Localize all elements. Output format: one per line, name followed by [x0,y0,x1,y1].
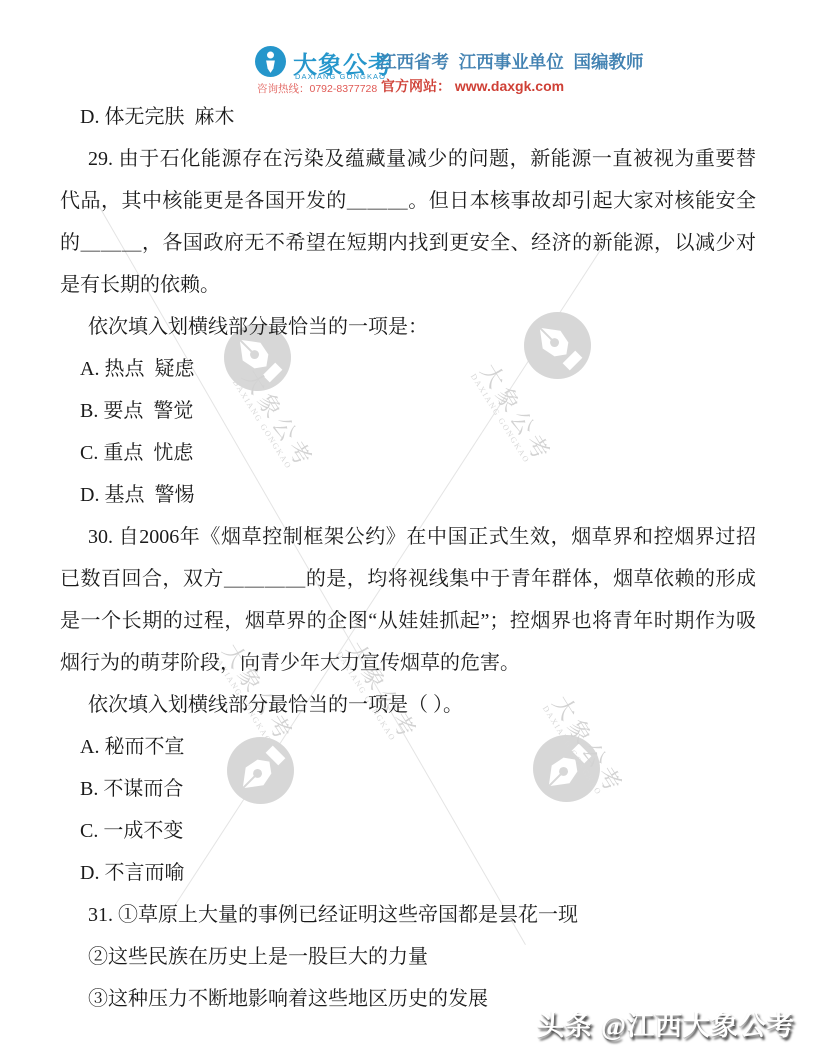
brand-name-en: DAXIANG GONGKAO [295,72,386,81]
question-prompt: 依次填入划横线部分最恰当的一项是： [60,306,756,348]
option-item: D. 不言而喻 [60,852,756,894]
question-paragraph: 31. ①草原上大量的事例已经证明这些帝国都是昙花一现 [60,894,756,936]
question-paragraph: 29. 由于石化能源存在污染及蕴藏量减少的问题，新能源一直被视为重要替代品，其中… [60,138,756,306]
tagline-text: 江西省考 江西事业单位 国编教师 [379,49,643,74]
brand-logo-icon [255,46,286,77]
question-paragraph: 30. 自2006年《烟草控制框架公约》在中国正式生效，烟草界和控烟界过招已数百… [60,516,756,684]
question-paragraph: ②这些民族在历史上是一股巨大的力量 [60,936,756,978]
exam-content: D. 体无完肤 麻木 29. 由于石化能源存在污染及蕴藏量减少的问题，新能源一直… [60,96,756,1020]
option-item: C. 重点 忧虑 [60,432,756,474]
toutiao-credit-watermark: 头条 @江西大象公考 [537,1004,795,1043]
website-text: 官方网站： www.daxgk.com [381,76,564,96]
option-item: C. 一成不变 [60,810,756,852]
option-item: D. 基点 警惕 [60,474,756,516]
exam-page: 大象公考 DAXIANG GONGKAO 大象公考 DAXIANG GONGKA… [0,0,816,1056]
option-item: B. 要点 警觉 [60,390,756,432]
option-item: D. 体无完肤 麻木 [60,96,756,138]
option-item: A. 热点 疑虑 [60,348,756,390]
option-item: A. 秘而不宣 [60,726,756,768]
option-item: B. 不谋而合 [60,768,756,810]
question-prompt: 依次填入划横线部分最恰当的一项是（ ）。 [60,684,756,726]
hotline-text: 咨询热线：0792-8377728 [257,81,377,96]
